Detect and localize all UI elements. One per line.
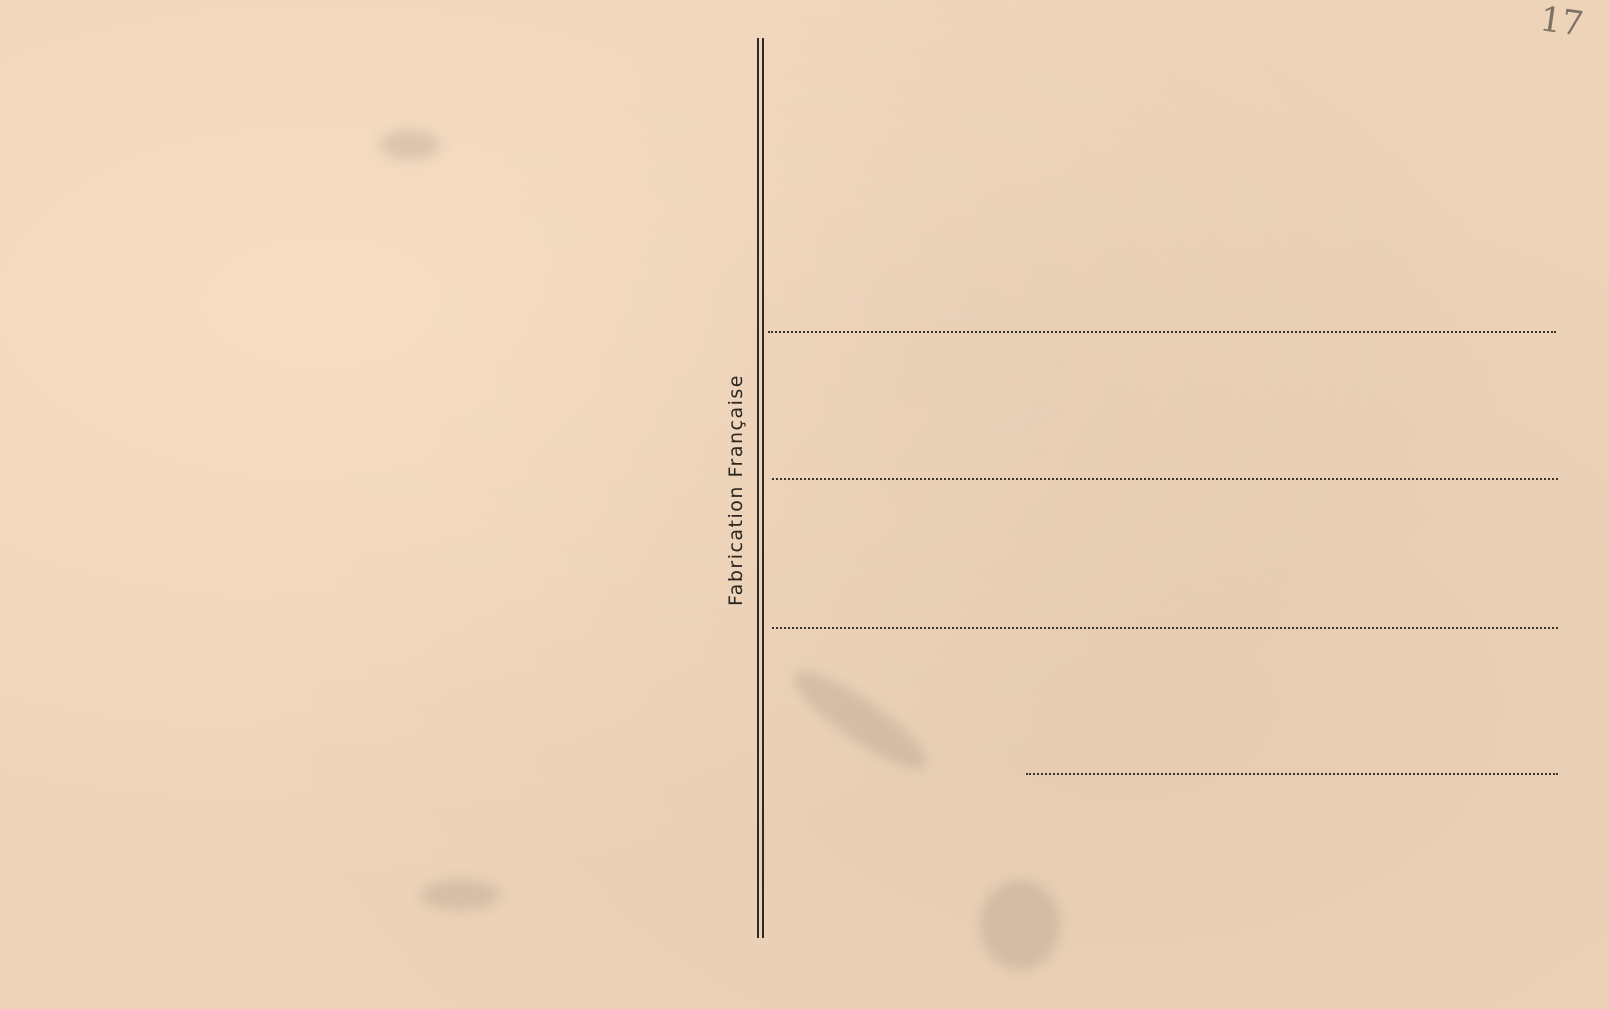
- stain: [380, 130, 440, 160]
- stain: [420, 880, 500, 910]
- center-divider: [757, 38, 765, 938]
- divider-line-left: [757, 38, 759, 938]
- divider-line-right: [762, 38, 764, 938]
- publisher-imprint: Fabrication Française: [725, 374, 747, 606]
- handwritten-number: 17: [1537, 0, 1585, 45]
- address-line-4: [1026, 773, 1558, 775]
- postcard-back: 17 Fabrication Française: [0, 0, 1609, 1009]
- stain: [980, 880, 1060, 970]
- address-line-3: [772, 627, 1558, 629]
- address-line-2: [772, 478, 1558, 480]
- stain: [783, 658, 937, 783]
- address-line-1: [768, 331, 1556, 333]
